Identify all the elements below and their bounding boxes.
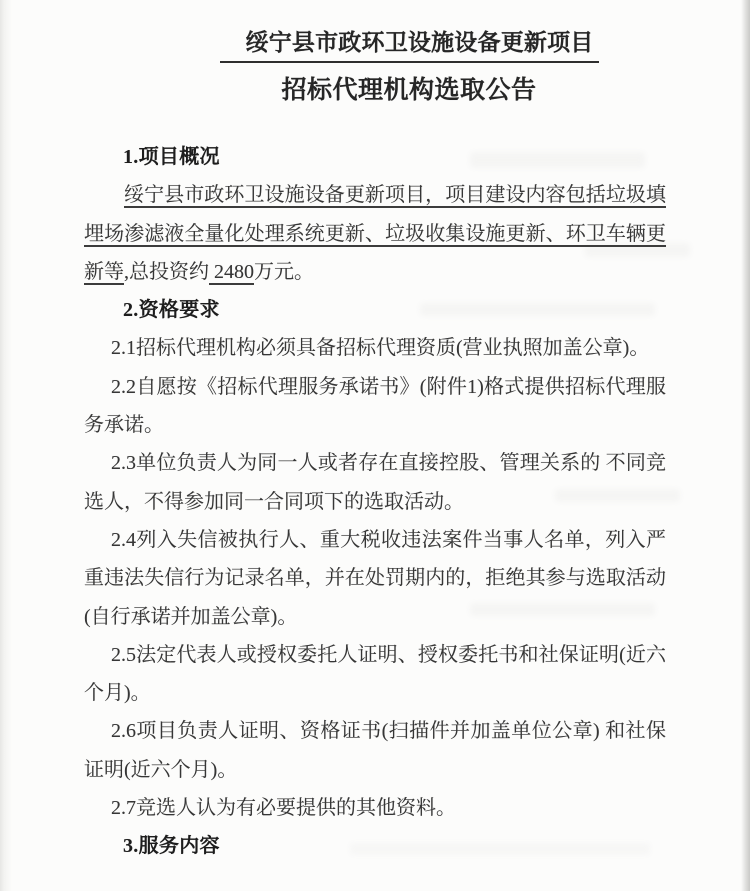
clause-2-2: 2.2自愿按《招标代理服务承诺书》(附件1)格式提供招标代理服务承诺。 — [84, 368, 666, 445]
document-body: 1.项目概况 绥宁县市政环卫设施设备更新项目，项目建设内容包括垃圾填埋场渗滤液全… — [84, 138, 666, 866]
investment-unit: 万元。 — [254, 261, 314, 283]
section-2-heading: 2.资格要求 — [84, 291, 666, 329]
section-3-heading: 3.服务内容 — [84, 827, 666, 865]
clause-2-6: 2.6项目负责人证明、资格证书(扫描件并加盖单位公章) 和社保证明(近六个月)。 — [84, 712, 666, 789]
title-block: 绥宁县市政环卫设施设备更新项目 招标代理机构选取公告 — [0, 27, 750, 106]
section-1-heading: 1.项目概况 — [84, 138, 666, 176]
document-subtitle: 招标代理机构选取公告 — [68, 76, 750, 106]
scan-edge-right — [741, 0, 750, 891]
scanned-document-page: 绥宁县市政环卫设施设备更新项目 招标代理机构选取公告 1.项目概况 绥宁县市政环… — [0, 0, 750, 891]
section-1-paragraph: 绥宁县市政环卫设施设备更新项目，项目建设内容包括垃圾填埋场渗滤液全量化处理系统更… — [84, 176, 666, 291]
clause-2-4: 2.4列入失信被执行人、重大税收违法案件当事人名单，列入严重违法失信行为记录名单… — [84, 521, 666, 636]
clause-2-5: 2.5法定代表人或授权委托人证明、授权委托书和社保证明(近六个月)。 — [84, 636, 666, 713]
clause-2-7: 2.7竞选人认为有必要提供的其他资料。 — [84, 789, 666, 827]
clause-2-1: 2.1招标代理机构必须具备招标代理资质(营业执照加盖公章)。 — [84, 329, 666, 367]
document-title-text: 绥宁县市政环卫设施设备更新项目 — [220, 27, 599, 63]
investment-amount: 2480 — [209, 261, 254, 283]
clause-2-3: 2.3单位负责人为同一人或者存在直接控股、管理关系的 不同竞选人，不得参加同一合… — [84, 444, 666, 521]
scan-edge-left — [0, 0, 12, 891]
document-title: 绥宁县市政环卫设施设备更新项目 — [68, 27, 750, 63]
investment-label: ,总投资约 — [124, 261, 209, 283]
